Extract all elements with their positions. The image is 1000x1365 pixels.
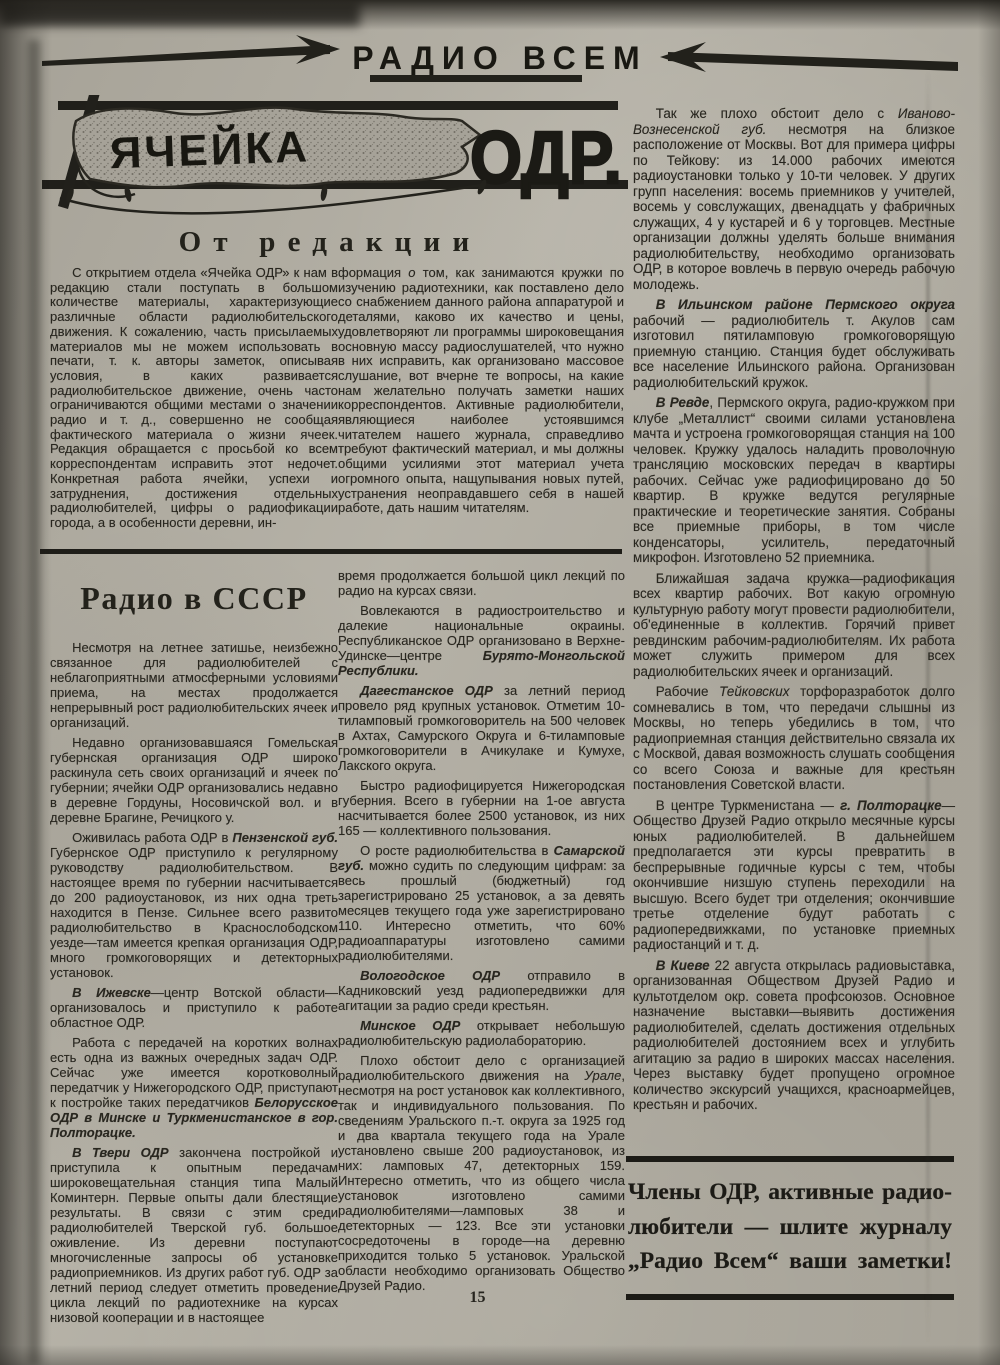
paragraph: В центре Туркменистана — г. Полторацке—О… [633,798,955,953]
cta-line: любители — шлите журналу [628,1210,952,1245]
cta-text: Члены ОДР, активные радио-любители — шли… [626,1162,954,1294]
editorial-column-1: С открытием отдела «Ячейка ОДР» к нам в … [50,266,338,536]
scan-edge-right [978,0,1000,1365]
masthead-right-rule [668,52,958,71]
paragraph: Плохо обстоит дело с организацией радиол… [338,1053,625,1293]
paragraph: Вовлекаются в радиостроительство и далек… [338,603,625,678]
ussr-column-2: время продолжается большой цикл лекций п… [338,568,625,1298]
ussr-section-title: Радио в СССР [50,580,338,617]
scan-edge-top-left [0,0,360,26]
paragraph: Оживилась работа ОДР в Пензенской губ. Г… [50,830,338,980]
editorial-column-2: формация о том, как занимаются кружки по… [338,266,624,521]
page-number: 15 [430,1289,525,1307]
scan-edge-bottom [0,1345,1000,1365]
paragraph: Быстро радиофицируется Нижегородская губ… [338,778,625,838]
ussr-column-1: Несмотря на летнее затишье, неизбежно св… [50,640,338,1330]
masthead-left-rule [42,45,330,66]
masthead: РАДИО ВСЕМ [0,24,1000,88]
editorial-title: От редакции [40,226,620,259]
paragraph: Вологодское ОДР отправило в Кадниковский… [338,968,625,1013]
cta-line: „Радио Всем“ ваши заметки! [628,1244,952,1279]
cta-box: Члены ОДР, активные радио-любители — шли… [626,1156,954,1300]
paragraph: О росте радиолюбительства в Самарской гу… [338,843,625,963]
section-divider-rule [40,549,622,554]
banner-title: ОДР. [470,116,622,199]
paragraph: В Ильинском районе Пермского округа рабо… [633,297,955,390]
paragraph: Дагестанское ОДР за летний период провел… [338,683,625,773]
paragraph: время продолжается большой цикл лекций п… [338,568,625,598]
paragraph: формация о том, как занимаются кружки по… [338,266,624,516]
cta-line: Члены ОДР, активные радио- [628,1175,952,1210]
magazine-page: РАДИО ВСЕМ ЯЧЕЙКА ОДР. Так же плохо обст… [0,0,1000,1365]
scan-gutter-shadow [28,40,40,1365]
paragraph: Рабочие Тейковских торфоразработок долго… [633,684,955,793]
paragraph: С открытием отдела «Ячейка ОДР» к нам в … [50,266,338,531]
section-banner: ЯЧЕЙКА ОДР. [40,95,630,227]
paragraph: В Киеве 22 августа открылась радиовыстав… [633,958,955,1113]
paragraph: В Ижевске—центр Вотской области—организо… [50,985,338,1030]
paragraph: Недавно организовавшаяся Гомельская губе… [50,735,338,825]
masthead-underline [370,75,582,82]
paragraph: Несмотря на летнее затишье, неизбежно св… [50,640,338,730]
banner-flag-text: ЯЧЕЙКА [109,120,311,178]
paragraph: Работа с передачей на коротких волнах ес… [50,1035,338,1140]
paragraph: Минское ОДР открывает небольшую радиолюб… [338,1018,625,1048]
paragraph: Ближайшая задача кружка—радиофикация все… [633,571,955,680]
paragraph: Так же плохо обстоит дело с Иваново-Возн… [633,106,955,292]
cta-bottom-rule [626,1294,954,1300]
masthead-title: РАДИО ВСЕМ [352,40,647,76]
news-column: Так же плохо обстоит дело с Иваново-Возн… [633,106,955,1118]
paragraph: В Ревде, Пермского округа, радио-кружком… [633,395,955,566]
paragraph: В Твери ОДР закончена постройкой и прист… [50,1145,338,1325]
banner-cord [60,185,482,213]
